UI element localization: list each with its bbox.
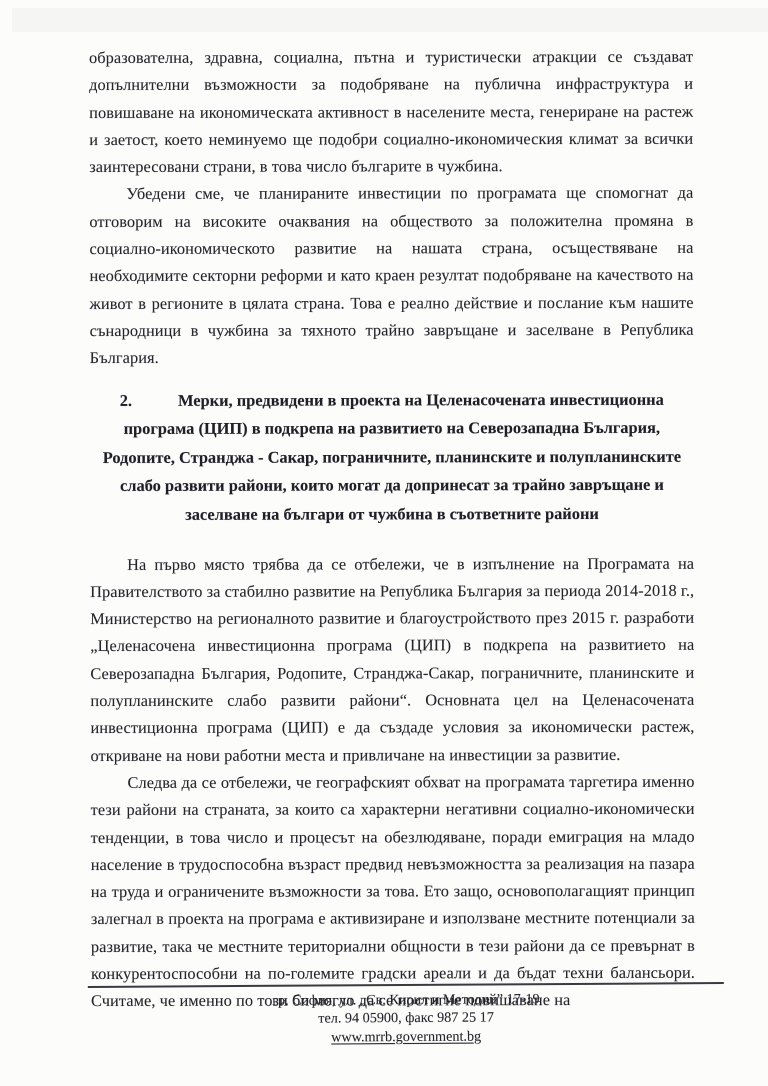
paragraph-geographic-scope: Следва да се отбележи, че географският о… xyxy=(91,768,696,1015)
page-footer: гр. София, ул. „Св. Кирил и Методий” 17-… xyxy=(88,982,724,1048)
footer-website-link: www.mrrb.government.bg xyxy=(88,1026,724,1048)
section-heading: 2.Мерки, предвидени в проекта на Целенас… xyxy=(90,385,694,529)
paragraph-investments: Убедени сме, че планираните инвестиции п… xyxy=(89,179,693,371)
paragraph-program-description: На първо място трябва да се отбележи, че… xyxy=(90,549,694,769)
section-number: 2. xyxy=(120,390,132,409)
document-page: образователна, здравна, социална, пътна … xyxy=(0,0,768,1086)
section-heading-text: Мерки, предвидени в проекта на Целенасоч… xyxy=(103,389,681,523)
paragraph-continuation: образователна, здравна, социална, пътна … xyxy=(89,43,693,181)
document-body: образователна, здравна, социална, пътна … xyxy=(89,43,695,1015)
scan-artifact-band xyxy=(12,8,768,32)
